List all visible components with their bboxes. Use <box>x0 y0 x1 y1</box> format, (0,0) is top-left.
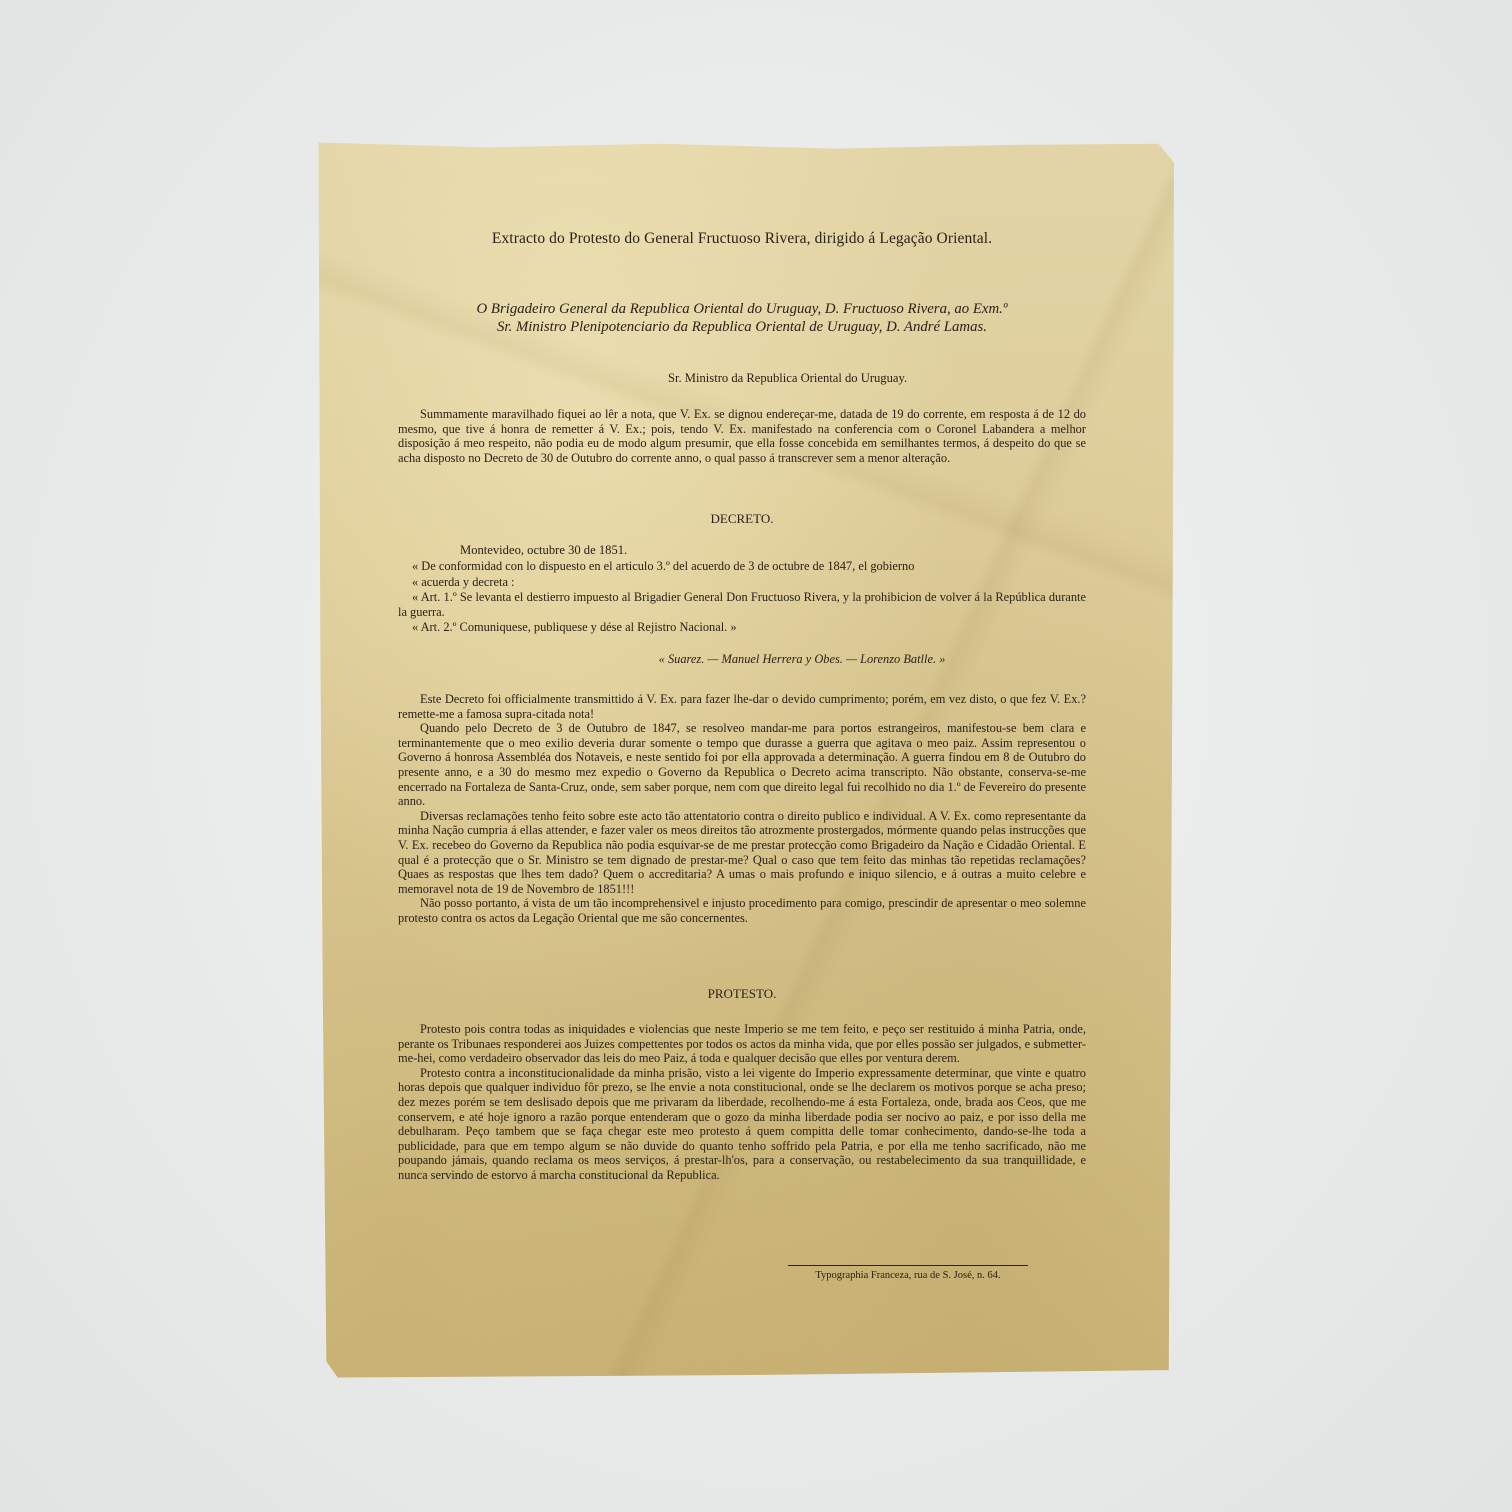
opening-paragraph: Summamente maravilhado fiquei ao lêr a n… <box>398 407 1086 465</box>
printer-imprint: Typographia Franceza, rua de S. José, n.… <box>788 1265 1028 1284</box>
decreto-article-1: « Art. 1.º Se levanta el destierro impue… <box>398 590 1086 619</box>
body-paragraph: Não posso portanto, á vista de um tão in… <box>398 896 1086 925</box>
salutation: Sr. Ministro da Republica Oriental do Ur… <box>668 371 907 386</box>
opening-section: Summamente maravilhado fiquei ao lêr a n… <box>398 407 1086 465</box>
decreto-heading: DECRETO. <box>398 512 1086 527</box>
protesto-paragraph: Protesto contra a inconstitucionalidade … <box>398 1066 1086 1183</box>
body-section: Este Decreto foi officialmente transmitt… <box>398 692 1086 926</box>
address-line-1: O Brigadeiro General da Republica Orient… <box>398 300 1086 318</box>
decreto-article-2: « Art. 2.º Comuniquese, publiquese y dés… <box>398 620 1086 635</box>
address-block: O Brigadeiro General da Republica Orient… <box>398 300 1086 336</box>
address-line-2: Sr. Ministro Plenipotenciario da Republi… <box>398 318 1086 336</box>
body-paragraph: Diversas reclamações tenho feito sobre e… <box>398 809 1086 897</box>
decreto-line: « acuerda y decreta : <box>398 575 1086 590</box>
printed-broadside-sheet: Extracto do Protesto do General Fructuos… <box>316 140 1180 1380</box>
protesto-section: Protesto pois contra todas as iniquidade… <box>398 1022 1086 1183</box>
protesto-heading: PROTESTO. <box>398 987 1086 1002</box>
protesto-paragraph: Protesto pois contra todas as iniquidade… <box>398 1022 1086 1066</box>
decreto-line: « De conformidad con lo dispuesto en el … <box>398 559 1086 574</box>
body-paragraph: Este Decreto foi officialmente transmitt… <box>398 692 1086 721</box>
document-title: Extracto do Protesto do General Fructuos… <box>398 232 1086 247</box>
decreto-signatories: « Suarez. — Manuel Herrera y Obes. — Lor… <box>398 652 1086 667</box>
body-paragraph: Quando pelo Decreto de 3 de Outubro de 1… <box>398 721 1086 809</box>
decreto-place-date: Montevideo, octubre 30 de 1851. <box>460 543 627 558</box>
decreto-body: « De conformidad con lo dispuesto en el … <box>398 559 1086 636</box>
